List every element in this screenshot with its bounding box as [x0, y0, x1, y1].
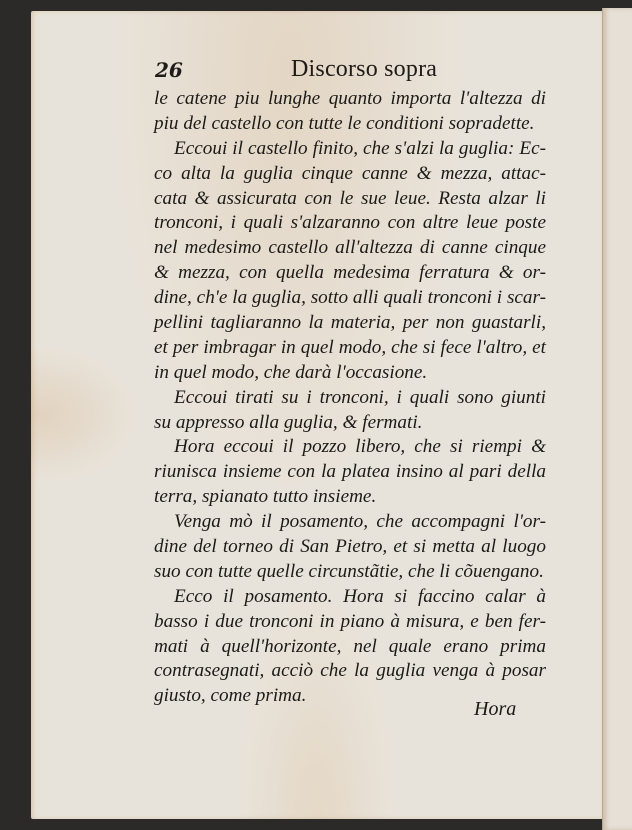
- text-line: Ecco il posamento. Hora si faccino calar…: [154, 585, 546, 610]
- text-line: riunisca insieme con la platea insino al…: [154, 460, 546, 485]
- text-line: basso i due tronconi in piano à misura, …: [154, 610, 546, 635]
- text-line: su appresso alla guglia, & fermati.: [154, 411, 546, 436]
- page-header: 26 Discorso sopra: [155, 56, 555, 86]
- facing-page-edge: [602, 8, 632, 830]
- text-line: et per imbragar in quel modo, che si fec…: [154, 336, 546, 361]
- text-line: piu del castello con tutte le conditioni…: [154, 112, 546, 137]
- page-number: 26: [155, 58, 183, 82]
- catchword: Hora: [474, 698, 516, 721]
- text-line: Venga mò il posamento, che accompagni l'…: [154, 510, 546, 535]
- body-text: le catene piu lunghe quanto importa l'al…: [154, 87, 546, 709]
- text-line: suo con tutte quelle circunstãtie, che l…: [154, 560, 546, 585]
- text-line: Eccoui il castello finito, che s'alzi la…: [154, 137, 546, 162]
- text-line: Eccoui tirati su i tronconi, i quali son…: [154, 386, 546, 411]
- text-line: nel medesimo castello all'altezza di can…: [154, 236, 546, 261]
- text-line: terra, spianato tutto insieme.: [154, 485, 546, 510]
- text-line: cata & assicurata con le sue leue. Resta…: [154, 187, 546, 212]
- text-line: tronconi, i quali s'alzaranno con altre …: [154, 211, 546, 236]
- text-line: pellini tagliaranno la materia, per non …: [154, 311, 546, 336]
- text-line: dine del torneo di San Pietro, et si met…: [154, 535, 546, 560]
- text-line: co alta la guglia cinque canne & mezza, …: [154, 162, 546, 187]
- text-line: in quel modo, che darà l'occasione.: [154, 361, 546, 386]
- text-line: le catene piu lunghe quanto importa l'al…: [154, 87, 546, 112]
- text-line: & mezza, con quella medesima ferratura &…: [154, 261, 546, 286]
- text-line: dine, ch'e la guglia, sotto alli quali t…: [154, 286, 546, 311]
- text-line: Hora eccoui il pozzo libero, che si riem…: [154, 435, 546, 460]
- running-title: Discorso sopra: [291, 56, 437, 83]
- text-line: mati à quell'horizonte, nel quale erano …: [154, 635, 546, 660]
- text-line: contrasegnati, acciò che la guglia venga…: [154, 659, 546, 684]
